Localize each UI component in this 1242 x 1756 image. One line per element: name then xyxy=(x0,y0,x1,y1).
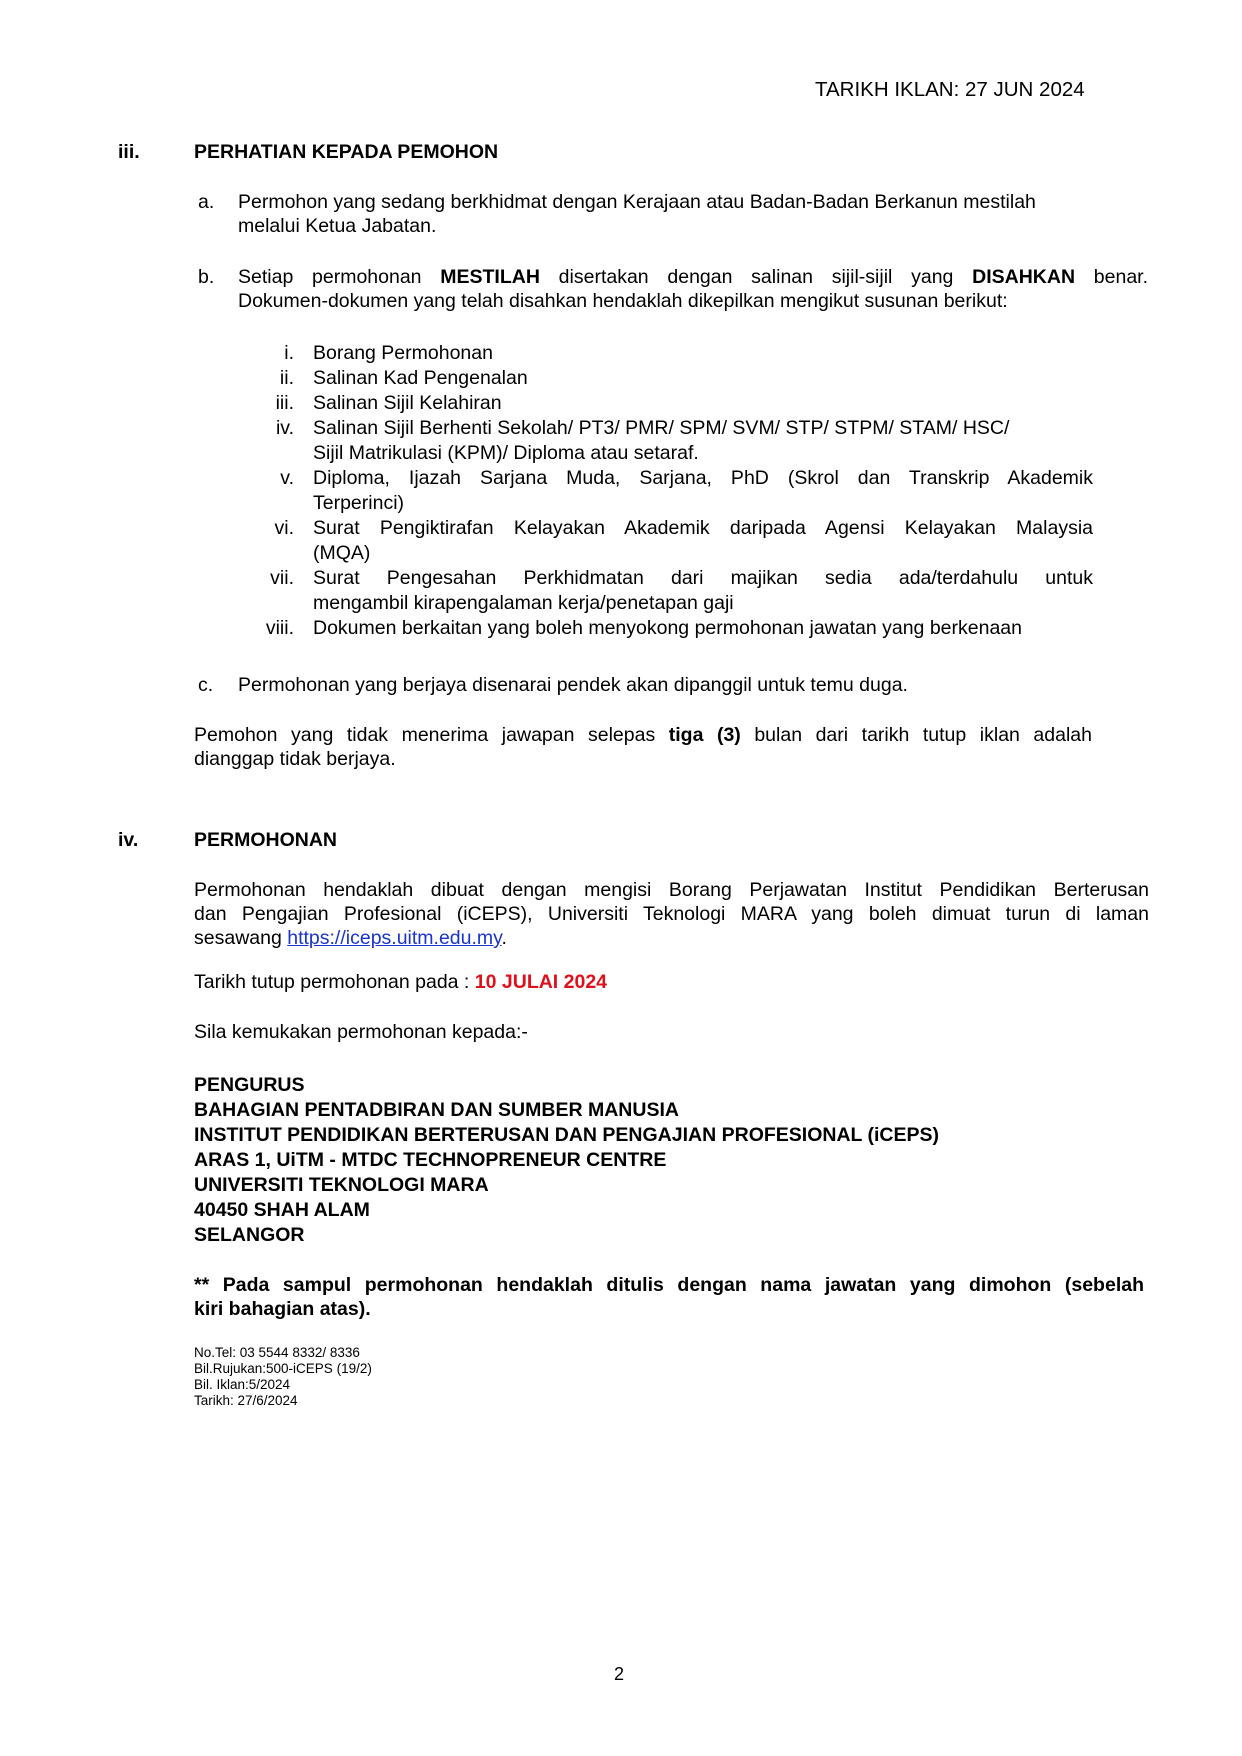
note-text-2: bulan dari tarikh tutup iklan adalah xyxy=(741,724,1092,746)
document-marker: v. xyxy=(234,466,294,490)
item-a-line2: melalui Ketua Jabatan. xyxy=(238,214,436,238)
section-iv-number: iv. xyxy=(118,828,138,852)
address-line: UNIVERSITI TEKNOLOGI MARA xyxy=(194,1173,489,1197)
closing-date-label: Tarikh tutup permohonan pada : xyxy=(194,971,475,993)
item-c-marker: c. xyxy=(198,673,213,697)
mestilah-emphasis: MESTILAH xyxy=(440,266,540,288)
document-item-continued: Sijil Matrikulasi (KPM)/ Diploma atau se… xyxy=(313,441,699,465)
document-item: Salinan Sijil Berhenti Sekolah/ PT3/ PMR… xyxy=(313,416,1009,440)
envelope-note-line2: kiri bahagian atas). xyxy=(194,1297,371,1321)
para-period: . xyxy=(501,927,506,949)
application-para-line1: Permohonan hendaklah dibuat dengan mengi… xyxy=(194,878,1149,902)
address-line: SELANGOR xyxy=(194,1223,305,1247)
document-marker: vi. xyxy=(234,516,294,540)
closing-date-value: 10 JULAI 2024 xyxy=(475,971,607,993)
envelope-note-line1: ** Pada sampul permohonan hendaklah ditu… xyxy=(194,1273,1144,1297)
item-a-line1: Permohon yang sedang berkhidmat dengan K… xyxy=(238,190,1036,214)
item-b-text-2: disertakan dengan salinan sijil-sijil ya… xyxy=(540,266,972,288)
document-item-continued: Terperinci) xyxy=(313,491,404,515)
reference-line: Bil. Iklan:5/2024 xyxy=(194,1377,290,1393)
document-item: Surat Pengiktirafan Kelayakan Akademik d… xyxy=(313,516,1093,540)
item-c-text: Permohonan yang berjaya disenarai pendek… xyxy=(238,673,908,697)
item-b-line2: Dokumen-dokumen yang telah disahkan hend… xyxy=(238,289,1008,313)
section-iii-number: iii. xyxy=(118,140,140,164)
address-line: ARAS 1, UiTM - MTDC TECHNOPRENEUR CENTRE xyxy=(194,1148,666,1172)
document-marker: iv. xyxy=(234,416,294,440)
document-marker: i. xyxy=(234,341,294,365)
three-months-emphasis: tiga (3) xyxy=(669,724,741,746)
section-iii-title: PERHATIAN KEPADA PEMOHON xyxy=(194,140,498,164)
application-para-line2: dan Pengajian Profesional (iCEPS), Unive… xyxy=(194,902,1149,926)
item-b-marker: b. xyxy=(198,265,214,289)
document-item: Diploma, Ijazah Sarjana Muda, Sarjana, P… xyxy=(313,466,1093,490)
address-line: PENGURUS xyxy=(194,1073,305,1097)
document-item: Surat Pengesahan Perkhidmatan dari majik… xyxy=(313,566,1093,590)
document-item: Salinan Sijil Kelahiran xyxy=(313,391,502,415)
address-line: 40450 SHAH ALAM xyxy=(194,1198,370,1222)
disahkan-emphasis: DISAHKAN xyxy=(972,266,1075,288)
document-marker: viii. xyxy=(234,616,294,640)
section-iv-title: PERMOHONAN xyxy=(194,828,337,852)
para-text: sesawang xyxy=(194,927,287,949)
document-item-continued: (MQA) xyxy=(313,541,370,565)
document-item-continued: mengambil kirapengalaman kerja/penetapan… xyxy=(313,591,734,615)
address-line: BAHAGIAN PENTADBIRAN DAN SUMBER MANUSIA xyxy=(194,1098,679,1122)
address-line: INSTITUT PENDIDIKAN BERTERUSAN DAN PENGA… xyxy=(194,1123,939,1147)
document-item: Salinan Kad Pengenalan xyxy=(313,366,528,390)
iceps-website-link[interactable]: https://iceps.uitm.edu.my xyxy=(287,927,501,949)
document-marker: vii. xyxy=(234,566,294,590)
document-item: Borang Permohonan xyxy=(313,341,493,365)
note-text-1: Pemohon yang tidak menerima jawapan sele… xyxy=(194,724,669,746)
no-reply-note-line2: dianggap tidak berjaya. xyxy=(194,747,396,771)
reference-line: Bil.Rujukan:500-iCEPS (19/2) xyxy=(194,1361,372,1377)
item-b-text-3: benar. xyxy=(1075,266,1148,288)
page-number: 2 xyxy=(614,1662,624,1686)
no-reply-note-line1: Pemohon yang tidak menerima jawapan sele… xyxy=(194,723,1092,747)
item-b-text-1: Setiap permohonan xyxy=(238,266,440,288)
document-marker: ii. xyxy=(234,366,294,390)
item-a-marker: a. xyxy=(198,190,214,214)
advert-date: TARIKH IKLAN: 27 JUN 2024 xyxy=(815,78,1085,102)
reference-line: Tarikh: 27/6/2024 xyxy=(194,1393,298,1409)
application-para-line3: sesawang https://iceps.uitm.edu.my. xyxy=(194,926,507,950)
reference-line: No.Tel: 03 5544 8332/ 8336 xyxy=(194,1345,360,1361)
submit-to-label: Sila kemukakan permohonan kepada:- xyxy=(194,1020,528,1044)
closing-date-line: Tarikh tutup permohonan pada : 10 JULAI … xyxy=(194,970,607,994)
item-b-line1: Setiap permohonan MESTILAH disertakan de… xyxy=(238,265,1148,289)
document-item: Dokumen berkaitan yang boleh menyokong p… xyxy=(313,616,1022,640)
document-marker: iii. xyxy=(234,391,294,415)
